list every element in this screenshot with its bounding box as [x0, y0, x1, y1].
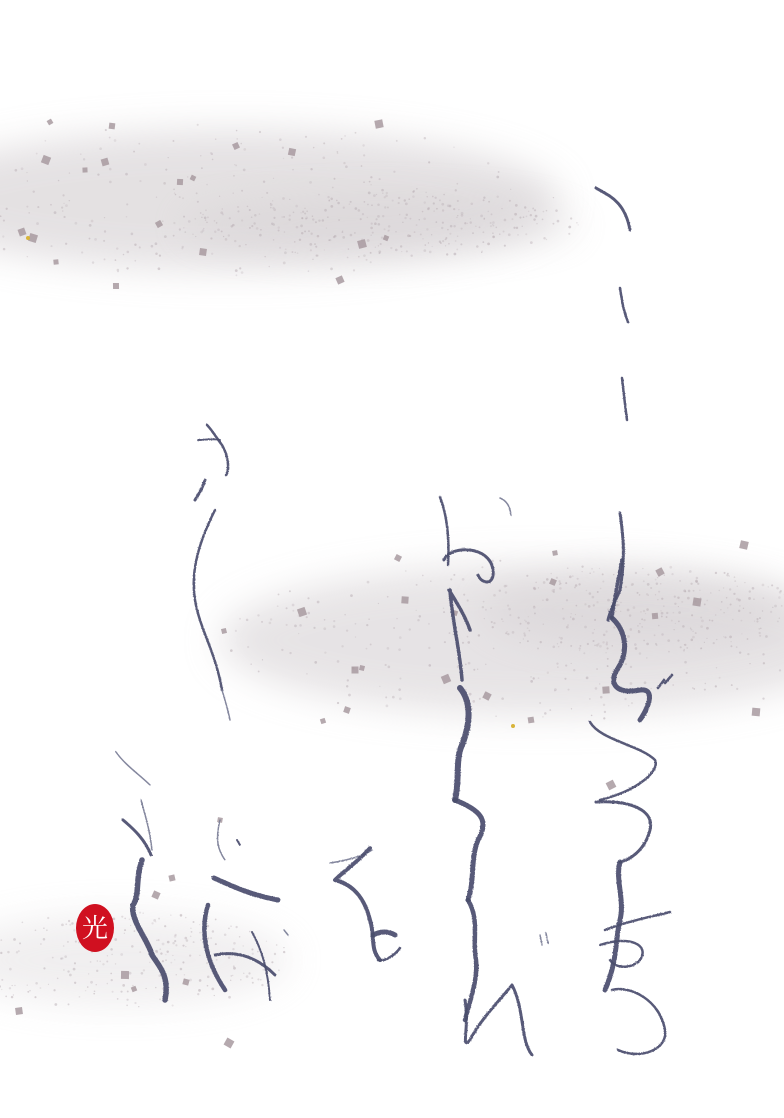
- mist-speckle: [401, 251, 402, 252]
- mist-speckle: [273, 239, 275, 241]
- mist-speckle: [367, 239, 370, 242]
- mist-speckle: [330, 205, 333, 208]
- mist-speckle: [741, 620, 743, 622]
- mist-speckle: [681, 601, 683, 603]
- mist-speckle: [18, 950, 20, 952]
- mist-speckle: [395, 231, 397, 233]
- mist-speckle: [743, 608, 744, 609]
- mist-speckle: [211, 153, 213, 155]
- mist-speckle: [700, 625, 703, 628]
- mist-speckle: [387, 647, 390, 650]
- mist-speckle: [655, 579, 657, 581]
- mist-speckle: [543, 237, 545, 239]
- mist-speckle: [495, 227, 497, 229]
- mist-speckle: [207, 985, 209, 987]
- mist-speckle: [684, 644, 686, 646]
- mist-speckle: [12, 985, 13, 986]
- mist-speckle: [343, 206, 345, 208]
- mist-speckle: [307, 612, 310, 615]
- mist-speckle: [2, 235, 4, 237]
- mist-speckle: [239, 618, 241, 620]
- mist-speckle: [103, 240, 105, 242]
- mist-speckle: [223, 236, 224, 237]
- mist-speckle: [264, 256, 266, 258]
- mist-speckle: [349, 203, 351, 205]
- mist-speckle: [298, 633, 299, 634]
- mist-speckle: [364, 201, 366, 203]
- mist-speckle: [399, 697, 402, 700]
- mist-speckle: [378, 245, 379, 246]
- mist-speckle: [738, 610, 740, 612]
- mist-speckle: [645, 613, 646, 614]
- mist-speckle: [207, 216, 209, 218]
- mist-speckle: [39, 987, 41, 989]
- mist-speckle: [381, 236, 383, 238]
- mist-speckle: [439, 199, 441, 201]
- mist-speckle: [318, 219, 320, 221]
- mist-speckle: [734, 576, 736, 578]
- mist-speckle: [762, 597, 764, 599]
- mist-speckle: [251, 216, 253, 218]
- mist-speckle: [109, 168, 112, 171]
- mist-speckle: [228, 234, 230, 236]
- mist-speckle: [416, 610, 417, 611]
- mist-speckle: [149, 962, 151, 964]
- mist-speckle: [528, 616, 529, 617]
- mist-speckle: [315, 221, 317, 223]
- mist-speckle: [198, 989, 201, 992]
- mist-speckle: [370, 252, 372, 254]
- mist-speckle: [373, 194, 376, 197]
- mist-speckle: [157, 939, 159, 941]
- mist-speckle: [355, 207, 358, 210]
- mist-speckle: [342, 236, 345, 239]
- mist-speckle: [93, 993, 95, 995]
- mist-speckle: [559, 584, 560, 585]
- mist-speckle: [165, 959, 167, 961]
- mist-speckle: [7, 951, 9, 953]
- mist-speckle: [533, 587, 536, 590]
- mist-speckle: [278, 226, 280, 228]
- mist-speckle: [507, 605, 509, 607]
- mist-speckle: [667, 639, 670, 642]
- mist-speckle: [658, 591, 660, 593]
- mist-speckle: [686, 647, 688, 649]
- mist-speckle: [648, 595, 649, 596]
- silver-flake: [528, 717, 535, 724]
- mist-speckle: [27, 991, 29, 993]
- mist-speckle: [485, 609, 487, 611]
- mist-speckle: [347, 679, 349, 681]
- mist-speckle: [337, 702, 339, 704]
- mist-speckle: [732, 619, 734, 621]
- mist-speckle: [753, 599, 754, 600]
- mist-speckle: [461, 228, 463, 230]
- mist-speckle: [592, 640, 594, 642]
- mist-speckle: [182, 197, 184, 199]
- mist-speckle: [197, 124, 199, 126]
- mist-speckle: [11, 996, 13, 998]
- mist-speckle: [204, 217, 207, 220]
- mist-speckle: [185, 917, 187, 919]
- mist-speckle: [607, 599, 610, 602]
- mist-speckle: [73, 929, 75, 931]
- silver-flake: [113, 283, 119, 289]
- mist-speckle: [379, 686, 380, 687]
- mist-speckle: [302, 211, 304, 213]
- mist-speckle: [173, 222, 175, 224]
- mist-speckle: [422, 575, 424, 577]
- mist-speckle: [270, 207, 272, 209]
- mist-speckle: [363, 254, 366, 257]
- mist-speckle: [87, 986, 89, 988]
- mist-speckle: [69, 974, 72, 977]
- mist-speckle: [723, 587, 724, 588]
- mist-speckle: [187, 176, 188, 177]
- mist-speckle: [305, 136, 307, 138]
- mist-speckle: [729, 575, 730, 576]
- mist-speckle: [282, 197, 285, 200]
- mist-speckle: [363, 154, 365, 156]
- mist-speckle: [433, 210, 435, 212]
- mist-speckle: [228, 927, 230, 929]
- mist-speckle: [16, 951, 18, 953]
- mist-speckle: [481, 566, 483, 568]
- mist-speckle: [655, 594, 656, 595]
- mist-speckle: [607, 608, 609, 610]
- mist-speckle: [496, 176, 499, 179]
- mist-speckle: [206, 222, 207, 223]
- mist-speckle: [243, 169, 246, 172]
- mist-speckle: [89, 238, 91, 240]
- calligraphy-artwork: 光 kana-calligraphy: [0, 0, 784, 1118]
- mist-speckle: [442, 209, 444, 211]
- mist-speckle: [511, 218, 513, 220]
- mist-speckle: [241, 190, 243, 192]
- mist-speckle: [114, 938, 117, 941]
- mist-speckle: [124, 929, 126, 931]
- mist-speckle: [139, 246, 141, 248]
- mist-speckle: [613, 574, 614, 575]
- silver-flake: [752, 708, 761, 717]
- mist-speckle: [19, 942, 21, 944]
- mist-speckle: [272, 200, 273, 201]
- mist-speckle: [682, 625, 685, 628]
- mist-speckle: [180, 915, 182, 917]
- mist-speckle: [672, 684, 674, 686]
- mist-speckle: [109, 137, 111, 139]
- mist-speckle: [487, 162, 489, 164]
- mist-speckle: [488, 211, 490, 213]
- mist-speckle: [603, 634, 606, 637]
- mist-speckle: [14, 985, 15, 986]
- mist-speckle: [327, 196, 329, 198]
- mist-speckle: [355, 623, 357, 625]
- mist-speckle: [427, 207, 430, 210]
- mist-speckle: [537, 648, 539, 650]
- mist-speckle: [763, 662, 765, 664]
- mist-speckle: [362, 144, 364, 146]
- mist-speckle: [479, 226, 481, 228]
- mist-speckle: [240, 143, 242, 145]
- mist-speckle: [426, 228, 428, 230]
- mist-speckle: [184, 937, 187, 940]
- mist-speckle: [182, 945, 184, 947]
- mist-speckle: [342, 230, 343, 231]
- mist-speckle: [286, 607, 288, 609]
- mist-speckle: [501, 697, 504, 700]
- mist-speckle: [283, 947, 284, 948]
- mist-speckle: [657, 599, 658, 600]
- mist-speckle: [539, 702, 541, 704]
- mist-speckle: [58, 180, 60, 182]
- mist-speckle: [151, 922, 153, 924]
- mist-speckle: [370, 261, 372, 263]
- mist-speckle: [236, 130, 238, 132]
- mist-speckle: [126, 1005, 128, 1007]
- mist-speckle: [330, 268, 333, 271]
- mist-speckle: [71, 922, 73, 924]
- mist-speckle: [237, 210, 239, 212]
- brush-stroke: [284, 930, 288, 935]
- mist-speckle: [460, 243, 462, 245]
- mist-speckle: [579, 650, 580, 651]
- mist-speckle: [337, 152, 339, 154]
- mist-speckle: [759, 632, 761, 634]
- mist-speckle: [334, 235, 337, 238]
- mist-speckle: [657, 577, 658, 578]
- mist-speckle: [639, 652, 642, 655]
- mist-speckle: [552, 223, 554, 225]
- mist-speckle: [449, 632, 451, 634]
- mist-speckle: [589, 698, 591, 700]
- mist-speckle: [1, 989, 2, 990]
- mist-speckle: [594, 619, 596, 621]
- mist-speckle: [600, 588, 602, 590]
- mist-speckle: [284, 251, 287, 254]
- mist-speckle: [597, 643, 599, 645]
- mist-speckle: [289, 215, 291, 217]
- mist-speckle: [691, 639, 694, 642]
- mist-speckle: [570, 645, 572, 647]
- mist-speckle: [63, 203, 64, 204]
- mist-speckle: [131, 233, 134, 236]
- mist-speckle: [596, 601, 598, 603]
- mist-speckle: [188, 220, 191, 223]
- mist-speckle: [245, 244, 247, 246]
- silver-flake: [168, 874, 175, 881]
- mist-speckle: [726, 574, 728, 576]
- mist-speckle: [228, 996, 231, 999]
- mist-speckle: [249, 209, 251, 211]
- mist-speckle: [759, 635, 761, 637]
- mist-speckle: [692, 631, 693, 632]
- mist-speckle: [164, 925, 166, 927]
- mist-speckle: [423, 217, 426, 220]
- mist-speckle: [134, 1002, 136, 1004]
- mist-speckle: [499, 589, 501, 591]
- brush-stroke: [194, 510, 222, 690]
- mist-speckle: [602, 641, 604, 643]
- mist-speckle: [167, 941, 170, 944]
- mist-speckle: [0, 939, 2, 941]
- mist-speckle: [240, 979, 241, 980]
- mist-speckle: [254, 214, 257, 217]
- mist-speckle: [546, 210, 548, 212]
- mist-speckle: [700, 647, 702, 649]
- mist-speckle: [435, 221, 437, 223]
- brush-stroke: [198, 439, 220, 440]
- mist-speckle: [422, 211, 424, 213]
- mist-speckle: [338, 219, 340, 221]
- mist-speckle: [271, 961, 273, 963]
- mist-speckle: [398, 197, 400, 199]
- mist-speckle: [684, 661, 687, 664]
- mist-speckle: [190, 936, 192, 938]
- mist-speckle: [156, 197, 157, 198]
- column-5-small: [330, 848, 400, 960]
- mist-speckle: [453, 225, 455, 227]
- mist-speckle: [481, 252, 482, 253]
- mist-speckle: [48, 984, 49, 985]
- mist-speckle: [79, 996, 81, 998]
- mist-speckle: [469, 693, 472, 696]
- brush-stroke: [207, 425, 228, 475]
- mist-speckle: [117, 998, 119, 1000]
- mist-speckle: [172, 955, 173, 956]
- mist-speckle: [88, 973, 89, 974]
- mist-speckle: [230, 649, 233, 652]
- mist-speckle: [596, 668, 598, 670]
- mist-speckle: [739, 605, 740, 606]
- mist-speckle: [259, 213, 261, 215]
- mist-speckle: [752, 587, 755, 590]
- silver-flake: [602, 686, 609, 693]
- mist-speckle: [607, 665, 609, 667]
- mist-speckle: [674, 596, 676, 598]
- mist-speckle: [324, 652, 326, 654]
- mist-speckle: [230, 980, 231, 981]
- mist-speckle: [635, 572, 637, 574]
- mist-speckle: [569, 576, 572, 579]
- mist-speckle: [446, 253, 448, 255]
- mist-speckle: [123, 254, 125, 256]
- mist-speckle: [139, 180, 141, 182]
- mist-speckle: [353, 269, 355, 271]
- mist-speckle: [126, 267, 128, 269]
- mist-speckle: [724, 572, 726, 574]
- silver-flake: [224, 1038, 235, 1049]
- mist-speckle: [6, 208, 8, 210]
- mist-speckle: [367, 217, 368, 218]
- mist-speckle: [50, 245, 52, 247]
- mist-speckle: [673, 612, 675, 614]
- mist-speckle: [346, 685, 348, 687]
- mist-speckle: [199, 924, 200, 925]
- mist-speckle: [197, 993, 199, 995]
- mist-speckle: [333, 620, 335, 622]
- mist-speckle: [781, 605, 783, 607]
- mist-speckle: [309, 181, 312, 184]
- mist-speckle: [404, 217, 406, 219]
- mist-speckle: [584, 603, 586, 605]
- mist-speckle: [559, 582, 560, 583]
- mist-speckle: [196, 192, 198, 194]
- mist-speckle: [432, 246, 433, 247]
- mist-speckle: [271, 223, 273, 225]
- mist-speckle: [279, 247, 281, 249]
- mist-speckle: [202, 214, 204, 216]
- brush-stroke: [455, 800, 483, 900]
- mist-speckle: [312, 218, 314, 220]
- mist-speckle: [192, 234, 193, 235]
- mist-speckle: [310, 232, 312, 234]
- mist-speckle: [368, 618, 369, 619]
- mist-speckle: [699, 590, 700, 591]
- mist-speckle: [771, 584, 773, 586]
- mist-speckle: [686, 672, 688, 674]
- mist-speckle: [293, 211, 295, 213]
- mist-speckle: [174, 959, 175, 960]
- mist-speckle: [388, 225, 391, 228]
- mist-speckle: [219, 196, 220, 197]
- mist-speckle: [552, 645, 555, 648]
- mist-speckle: [13, 994, 14, 995]
- mist-speckle: [205, 209, 207, 211]
- mist-speckle: [442, 240, 444, 242]
- mist-speckle: [50, 204, 52, 206]
- mist-speckle: [195, 236, 196, 237]
- mist-speckle: [560, 641, 562, 643]
- mist-speckle: [292, 251, 294, 253]
- mist-speckle: [616, 604, 619, 607]
- mist-speckle: [553, 197, 554, 198]
- gold-fleck: [26, 236, 30, 240]
- mist-speckle: [529, 630, 531, 632]
- mist-speckle: [179, 196, 181, 198]
- mist-speckle: [523, 216, 525, 218]
- mist-speckle: [199, 932, 201, 934]
- mist-speckle: [737, 586, 738, 587]
- mist-speckle: [233, 967, 236, 970]
- mist-speckle: [165, 169, 167, 171]
- mist-speckle: [260, 979, 261, 980]
- mist-speckle: [96, 970, 98, 972]
- mist-speckle: [639, 594, 641, 596]
- mist-speckle: [706, 627, 709, 630]
- mist-speckle: [269, 266, 271, 268]
- mist-speckle: [200, 155, 201, 156]
- silver-flake: [199, 248, 207, 256]
- mist-speckle: [15, 169, 18, 172]
- mist-speckle: [235, 926, 237, 928]
- mist-speckle: [443, 608, 444, 609]
- mist-speckle: [524, 619, 525, 620]
- mist-speckle: [382, 215, 384, 217]
- mist-speckle: [542, 600, 543, 601]
- mist-speckle: [480, 215, 483, 218]
- mist-speckle: [174, 192, 175, 193]
- mist-speckle: [572, 618, 575, 621]
- artwork-canvas: 光: [0, 0, 784, 1118]
- mist-speckle: [455, 189, 457, 191]
- mist-speckle: [692, 687, 693, 688]
- mist-speckle: [429, 251, 432, 254]
- mist-speckle: [612, 645, 613, 646]
- mist-speckle: [260, 229, 262, 231]
- mist-speckle: [207, 937, 209, 939]
- mist-speckle: [754, 620, 755, 621]
